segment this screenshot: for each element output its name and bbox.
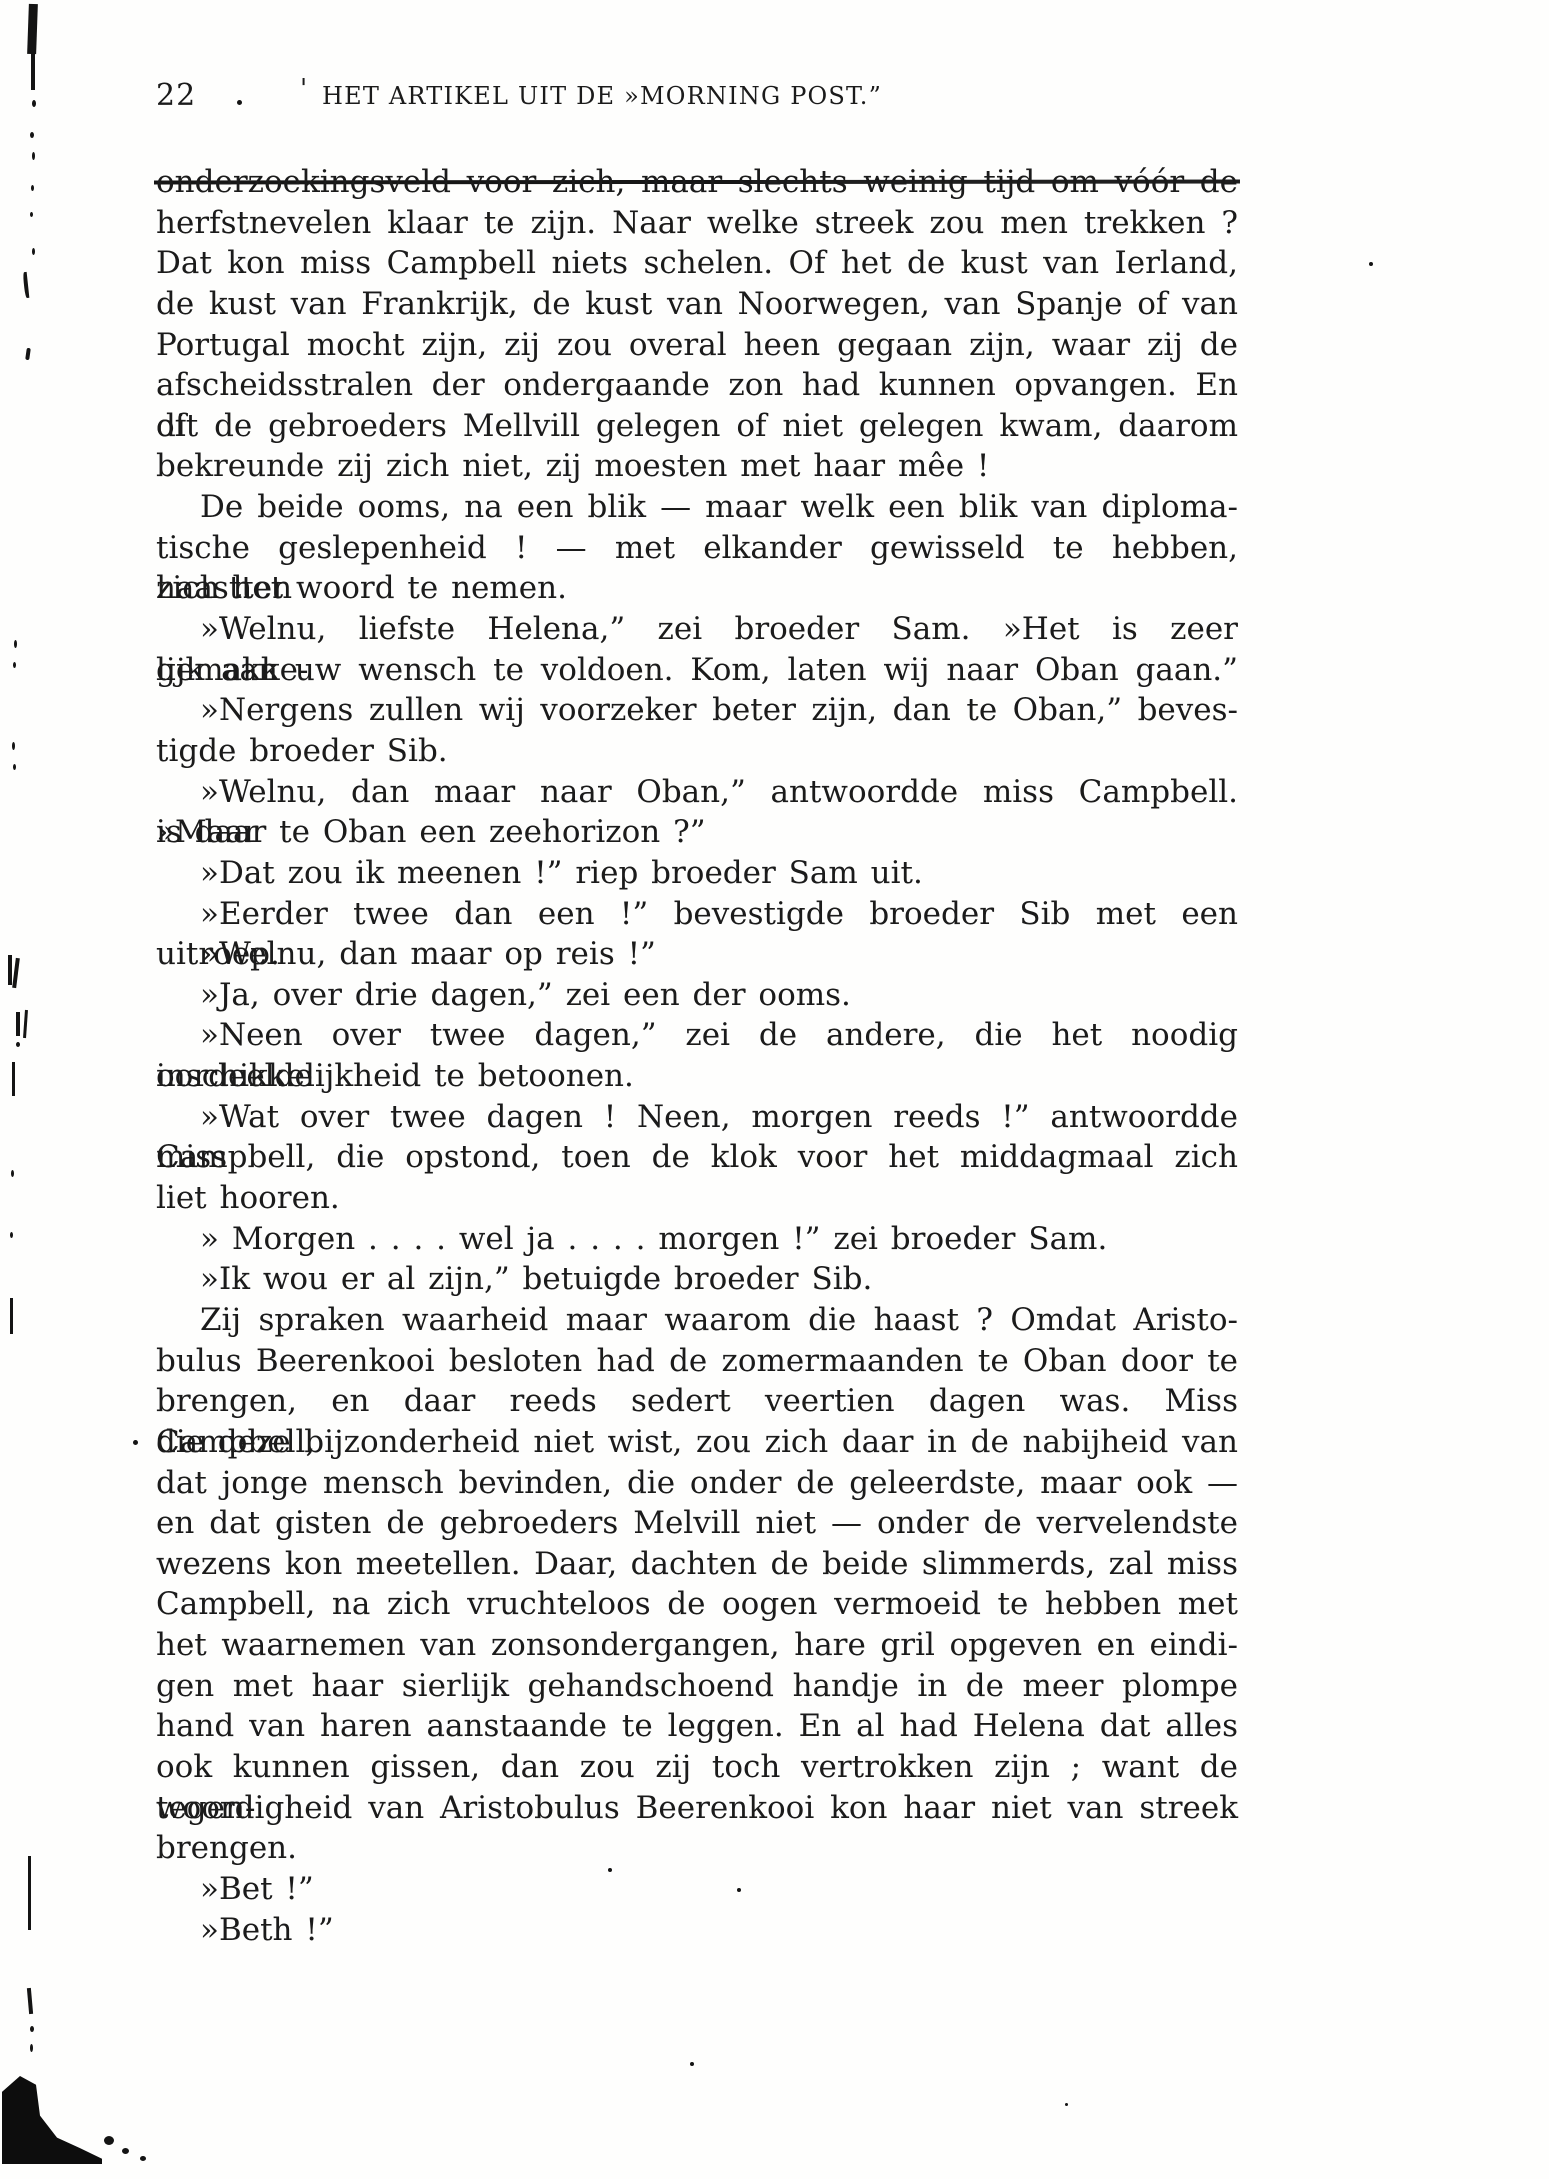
text-line: het waarnemen van zonsondergangen, hare … <box>156 1625 1238 1666</box>
text-line: woordigheid van Aristobulus Beerenkooi k… <box>156 1788 1238 1829</box>
text-line: tigde broeder Sib. <box>156 731 1238 772</box>
scan-artifact <box>1065 2103 1068 2106</box>
text-line: afscheidsstralen der ondergaande zon had… <box>156 365 1238 406</box>
text-line: inschikkelijkheid te betoonen. <box>156 1056 1238 1097</box>
text-line: ook kunnen gissen, dan zou zij toch vert… <box>156 1747 1238 1788</box>
text-line: bekreunde zij zich niet, zij moesten met… <box>156 446 1238 487</box>
scan-artifact <box>25 348 31 360</box>
scan-artifact <box>30 212 33 217</box>
text-line: brengen. <box>156 1828 1238 1869</box>
text-line: »Nergens zullen wij voorzeker beter zijn… <box>156 690 1238 731</box>
scan-artifact <box>14 640 17 648</box>
text-line: »Welnu, dan maar op reis !” <box>156 934 1238 975</box>
scan-artifact <box>30 2044 33 2052</box>
text-line: liet hooren. <box>156 1178 1238 1219</box>
ink-blot <box>2 2076 102 2164</box>
running-title: HET ARTIKEL UIT DE »MORNING POST.” <box>322 82 882 110</box>
text-line: »Beth !” <box>156 1910 1238 1951</box>
text-line: Portugal mocht zijn, zij zou overal heen… <box>156 325 1238 366</box>
scan-artifact <box>16 1012 20 1036</box>
text-line: tische geslepenheid ! — met elkander gew… <box>156 528 1238 569</box>
book-page: 22 ' HET ARTIKEL UIT DE »MORNING POST.” … <box>0 0 1549 2179</box>
text-line: dit de gebroeders Mellvill gelegen of ni… <box>156 406 1238 447</box>
scan-artifact <box>30 132 34 138</box>
text-line: »Dat zou ik meenen !” riep broeder Sam u… <box>156 853 1238 894</box>
scan-artifact <box>12 958 20 988</box>
scan-artifact <box>27 1988 33 2014</box>
text-line: wezens kon meetellen. Daar, dachten de b… <box>156 1544 1238 1585</box>
scan-artifact <box>8 955 12 985</box>
text-line: »Ja, over drie dagen,” zei een der ooms. <box>156 975 1238 1016</box>
text-line: »Bet !” <box>156 1869 1238 1910</box>
text-line: hand van haren aanstaande te leggen. En … <box>156 1706 1238 1747</box>
scan-artifact <box>31 52 35 90</box>
scan-artifact <box>608 1868 612 1872</box>
text-line: de kust van Frankrijk, de kust van Noorw… <box>156 284 1238 325</box>
text-line: »Eerder twee dan een !” bevestigde broed… <box>156 894 1238 935</box>
scan-artifact <box>23 1010 28 1038</box>
scan-artifact <box>140 2156 146 2161</box>
scan-artifact <box>11 1170 14 1177</box>
text-line: lijk aan uw wensch te voldoen. Kom, late… <box>156 650 1238 691</box>
page-number: 22 <box>156 78 196 113</box>
scan-artifact <box>10 1232 13 1238</box>
stray-apostrophe-mark: ' <box>300 74 307 104</box>
scan-artifact <box>23 272 30 298</box>
scan-artifact <box>16 1042 20 1047</box>
scan-artifact <box>122 2148 129 2154</box>
text-line: Campbell, na zich vruchteloos de oogen v… <box>156 1584 1238 1625</box>
text-line: »Ik wou er al zijn,” betuigde broeder Si… <box>156 1259 1238 1300</box>
scan-artifact <box>13 662 16 668</box>
scan-artifact <box>133 1440 138 1445</box>
text-line: en dat gisten de gebroeders Melvill niet… <box>156 1503 1238 1544</box>
text-line: Campbell, die opstond, toen de klok voor… <box>156 1137 1238 1178</box>
scan-artifact <box>32 152 35 160</box>
text-line: gen met haar sierlijk gehandschoend hand… <box>156 1666 1238 1707</box>
scan-artifact <box>737 1888 741 1892</box>
text-line: De beide ooms, na een blik — maar welk e… <box>156 487 1238 528</box>
scan-artifact <box>32 248 35 255</box>
scan-artifact <box>104 2136 114 2145</box>
text-line: herfstnevelen klaar te zijn. Naar welke … <box>156 203 1238 244</box>
scan-artifact <box>32 100 36 107</box>
scan-artifact <box>27 4 38 54</box>
scan-artifact <box>31 185 34 191</box>
scan-artifact <box>10 1298 13 1334</box>
scan-artifact <box>1369 262 1373 266</box>
text-line: is daar te Oban een zeehorizon ?” <box>156 812 1238 853</box>
text-line: brengen, en daar reeds sedert veertien d… <box>156 1381 1238 1422</box>
text-line: die deze bijzonderheid niet wist, zou zi… <box>156 1422 1238 1463</box>
text-line: onderzoekingsveld voor zich, maar slecht… <box>156 162 1238 203</box>
text-line: »Welnu, liefste Helena,” zei broeder Sam… <box>156 609 1238 650</box>
text-line: »Wat over twee dagen ! Neen, morgen reed… <box>156 1097 1238 1138</box>
scan-artifact <box>690 2062 694 2066</box>
text-line: »Welnu, dan maar naar Oban,” antwoordde … <box>156 772 1238 813</box>
text-line: Dat kon miss Campbell niets schelen. Of … <box>156 243 1238 284</box>
scan-artifact <box>13 764 16 770</box>
text-line: bulus Beerenkooi besloten had de zomerma… <box>156 1341 1238 1382</box>
body-text: onderzoekingsveld voor zich, maar slecht… <box>156 162 1238 1950</box>
scan-artifact <box>12 742 15 750</box>
scan-artifact <box>28 1856 31 1930</box>
text-line: Zij spraken waarheid maar waarom die haa… <box>156 1300 1238 1341</box>
scan-artifact <box>237 100 242 105</box>
scan-artifact <box>12 1062 15 1096</box>
scan-artifact <box>30 2026 34 2032</box>
text-line: »Neen over twee dagen,” zei de andere, d… <box>156 1015 1238 1056</box>
text-line: zich het woord te nemen. <box>156 568 1238 609</box>
text-line: » Morgen . . . . wel ja . . . . morgen !… <box>156 1219 1238 1260</box>
text-line: dat jonge mensch bevinden, die onder de … <box>156 1463 1238 1504</box>
